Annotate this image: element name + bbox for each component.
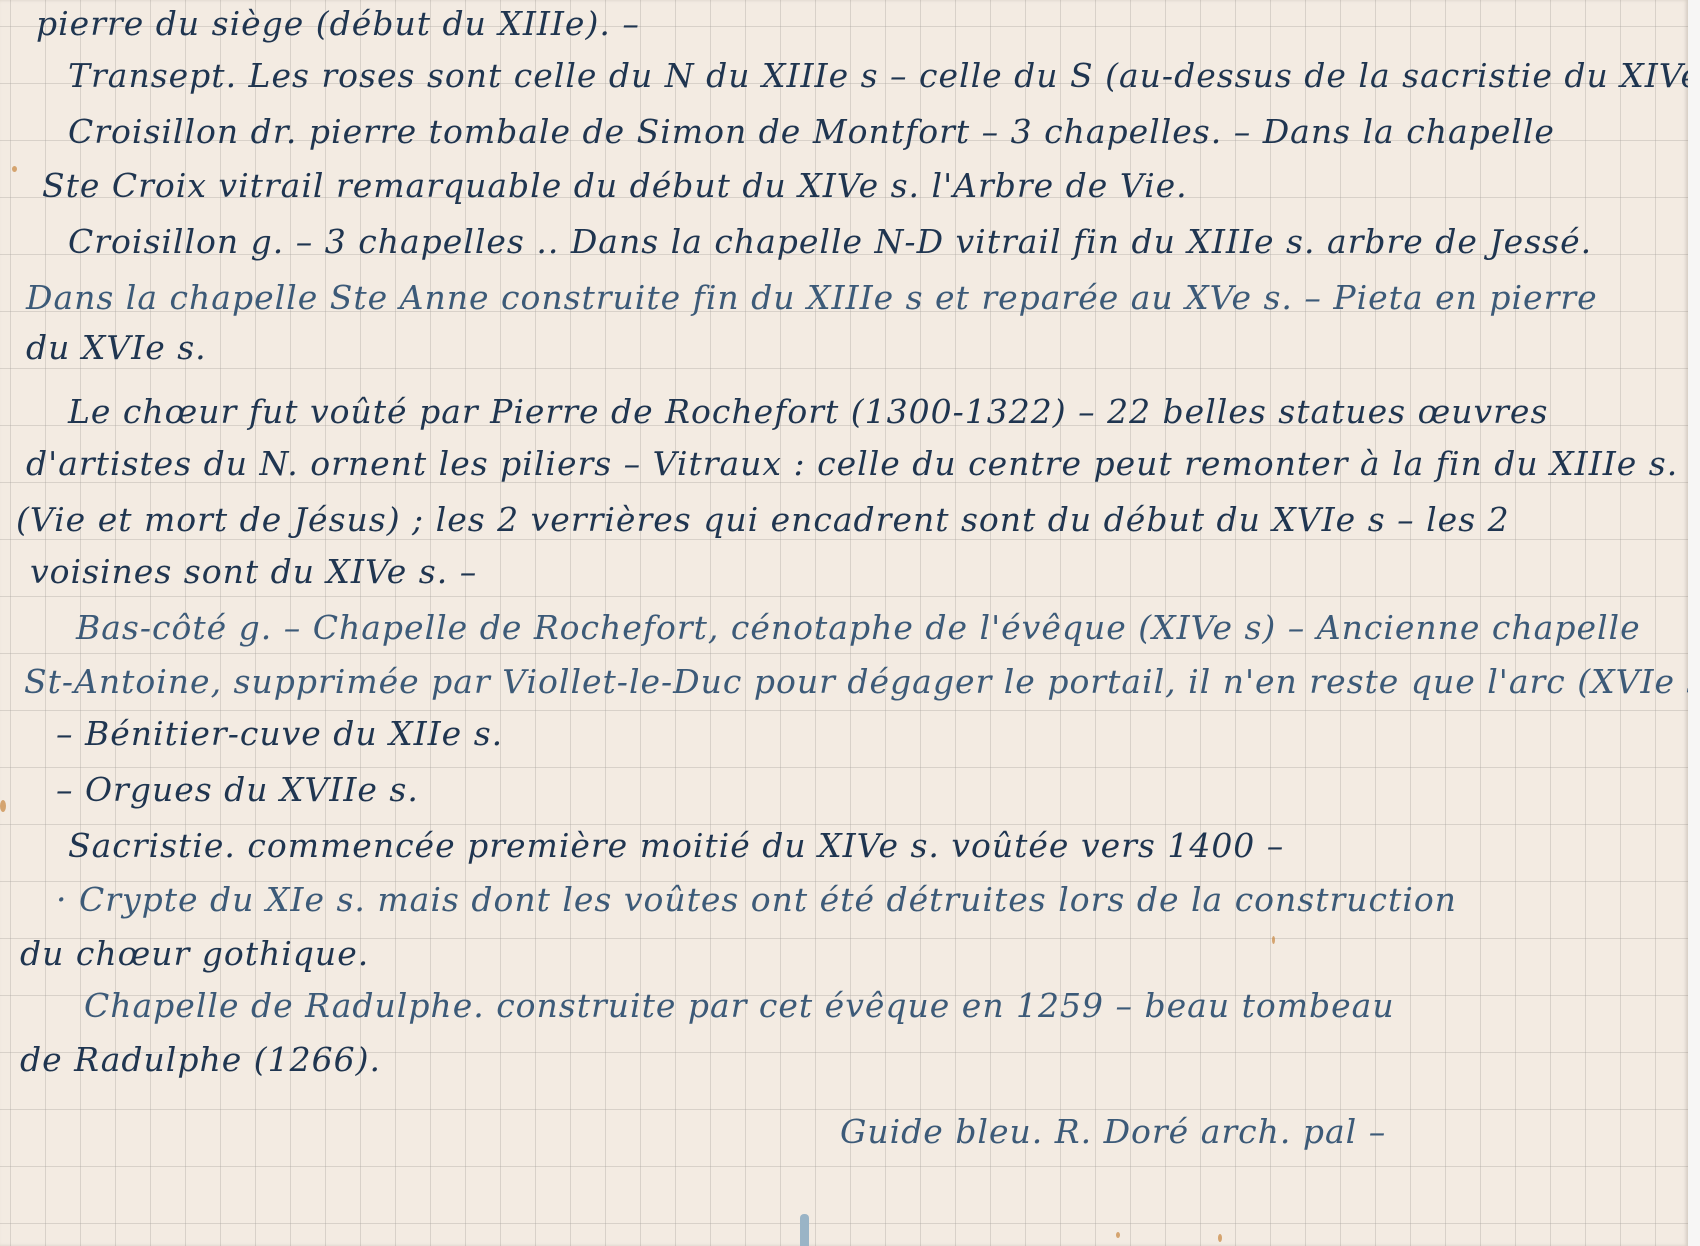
- text-line-20: de Radulphe (1266).: [20, 1040, 381, 1079]
- rust-spot: [12, 166, 17, 172]
- text-line-1: pierre du siège (début du XIIIe). –: [36, 4, 640, 43]
- text-line-12: Bas-côté g. – Chapelle de Rochefort, cén…: [76, 608, 1641, 647]
- text-line-7: du XVIe s.: [26, 328, 207, 367]
- text-line-9: d'artistes du N. ornent les piliers – Vi…: [26, 444, 1678, 483]
- text-line-13: St-Antoine, supprimée par Viollet-le-Duc…: [24, 662, 1700, 701]
- rust-spot: [1272, 936, 1275, 944]
- text-line-15: – Orgues du XVIIe s.: [56, 770, 419, 809]
- text-line-3: Croisillon dr. pierre tombale de Simon d…: [68, 112, 1555, 151]
- text-line-11: voisines sont du XIVe s. –: [30, 552, 477, 591]
- rust-spot: [1116, 1232, 1120, 1238]
- ink-mark: [800, 1214, 809, 1246]
- text-line-19: Chapelle de Radulphe. construite par cet…: [84, 986, 1395, 1025]
- signature: Guide bleu. R. Doré arch. pal –: [840, 1112, 1386, 1151]
- rust-spot: [0, 800, 6, 812]
- text-line-18: du chœur gothique.: [20, 934, 369, 973]
- text-line-16: Sacristie. commencée première moitié du …: [68, 826, 1284, 865]
- page-edge: [1688, 0, 1700, 1246]
- rust-spot: [1218, 1234, 1222, 1242]
- text-line-2: Transept. Les roses sont celle du N du X…: [68, 56, 1700, 95]
- text-line-4: Ste Croix vitrail remarquable du début d…: [42, 166, 1188, 205]
- text-line-17: · Crypte du XIe s. mais dont les voûtes …: [56, 880, 1457, 919]
- text-line-8: Le chœur fut voûté par Pierre de Rochefo…: [68, 392, 1548, 431]
- graph-paper-page: pierre du siège (début du XIIIe). – Tran…: [0, 0, 1688, 1246]
- text-line-14: – Bénitier-cuve du XIIe s.: [56, 714, 503, 753]
- text-line-6: Dans la chapelle Ste Anne construite fin…: [26, 278, 1598, 317]
- text-line-10: (Vie et mort de Jésus) ; les 2 verrières…: [16, 500, 1510, 539]
- text-line-5: Croisillon g. – 3 chapelles .. Dans la c…: [68, 222, 1592, 261]
